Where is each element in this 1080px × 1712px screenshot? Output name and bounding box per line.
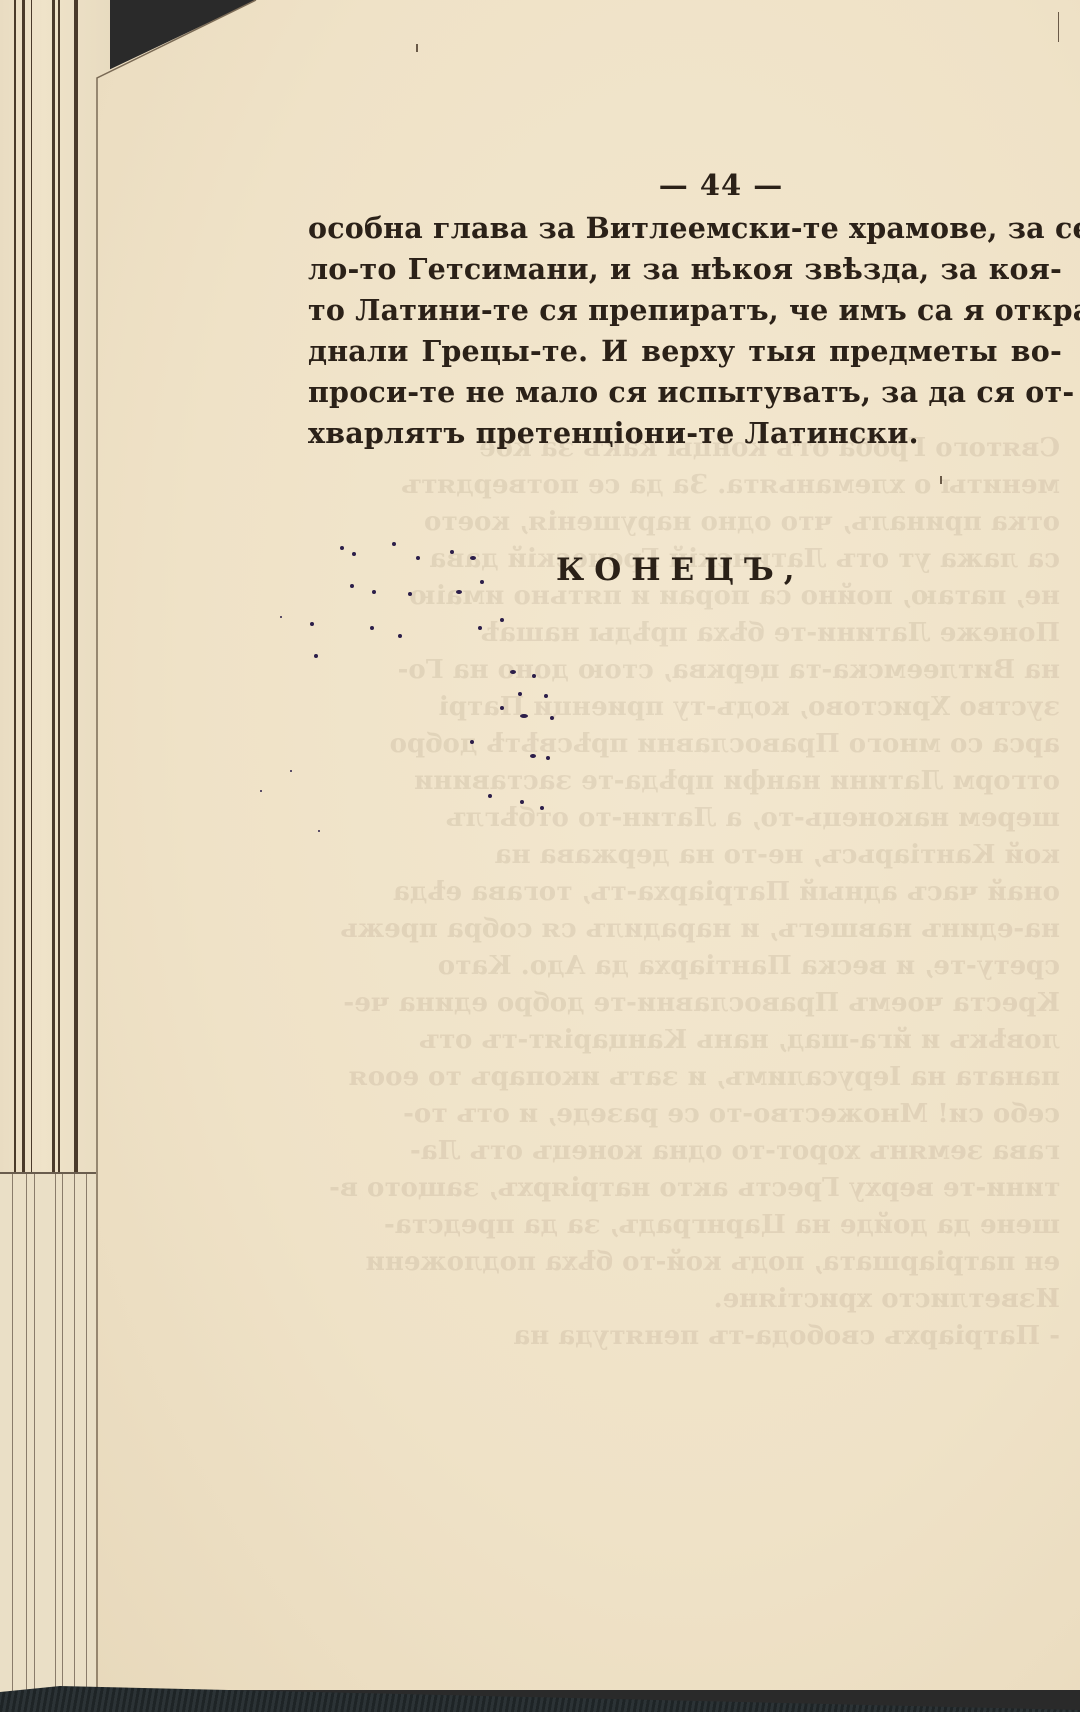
- margin-mark: [1058, 12, 1059, 42]
- body-line: ло-то Гетсимани, и за нѣкоя звѣзда, за к…: [308, 249, 1062, 290]
- margin-mark: [940, 476, 942, 484]
- page-edge-line: [14, 0, 16, 1180]
- body-line: хварлятъ претенціони-те Латински.: [308, 413, 1062, 454]
- body-line: проси-те не мало ся испытуватъ, за да ся…: [308, 372, 1062, 413]
- margin-mark: [416, 44, 418, 52]
- page-edge-line: [58, 0, 60, 1180]
- page-edge-line: [31, 0, 32, 1180]
- stray-ink-spots: [220, 530, 640, 860]
- page-edge-line: [52, 0, 55, 1180]
- page-edge-line: [22, 0, 25, 1180]
- body-line: особна глава за Витлеемски-те храмове, з…: [308, 208, 1062, 249]
- body-line: то Латини-те ся препиратъ, че имъ са я о…: [308, 290, 1062, 331]
- page-number: — 44 —: [308, 168, 1062, 202]
- text-block: — 44 — особна глава за Витлеемски-те хра…: [308, 168, 1062, 454]
- body-line: днали Грецы-те. И верху тыя предметы во-: [308, 331, 1062, 372]
- page-edge-line: [74, 0, 78, 1180]
